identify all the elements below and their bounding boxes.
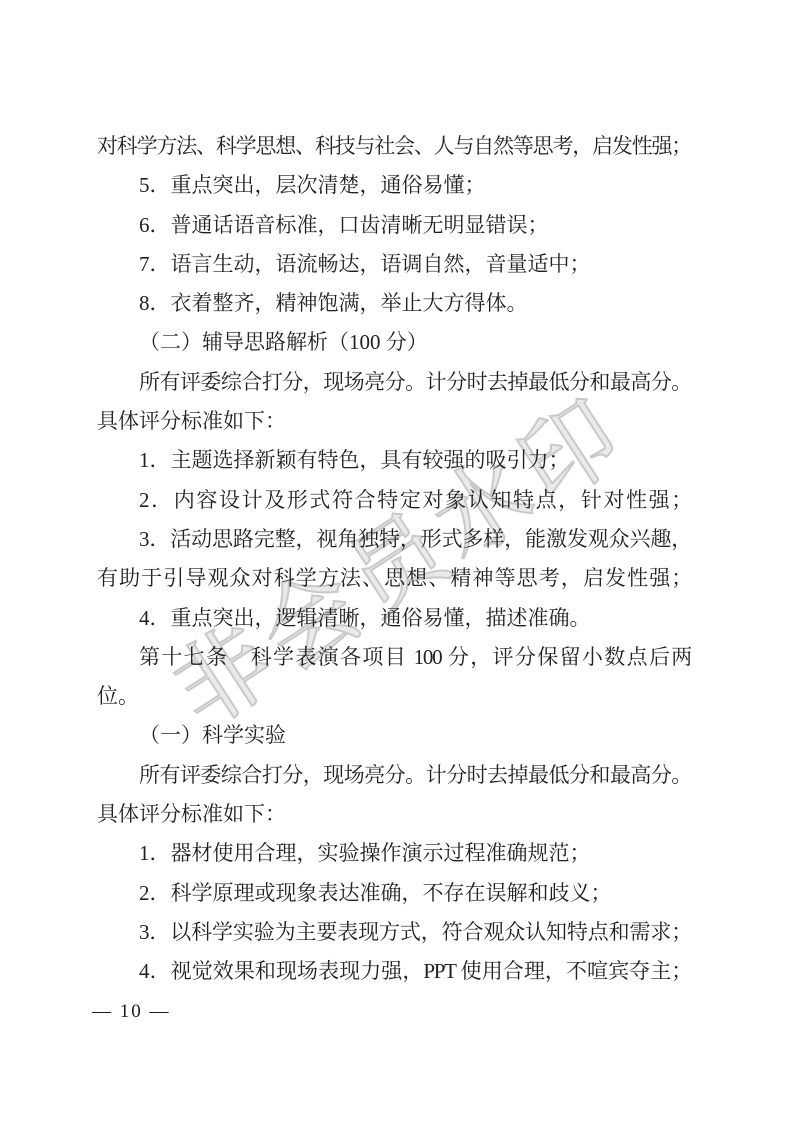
document-line: 4．重点突出，逻辑清晰，通俗易懂，描述准确。	[97, 599, 691, 638]
document-line: 5．重点突出，层次清楚，通俗易懂；	[97, 166, 691, 205]
document-line: 具体评分标准如下：	[97, 402, 691, 441]
document-line: 4．视觉效果和现场表现力强，PPT 使用合理，不喧宾夺主；	[97, 952, 691, 991]
document-line: 1．器材使用合理，实验操作演示过程准确规范；	[97, 834, 691, 873]
document-line: 3．活动思路完整，视角独特，形式多样，能激发观众兴趣，	[97, 520, 691, 559]
document-line: 第十七条 科学表演各项目 100 分，评分保留小数点后两	[97, 638, 691, 677]
document-line: 具体评分标准如下：	[97, 795, 691, 834]
document-line: 有助于引导观众对科学方法、思想、精神等思考，启发性强；	[97, 559, 691, 598]
document-line: 6．普通话语音标准，口齿清晰无明显错误；	[97, 206, 691, 245]
document-line: （一）科学实验	[97, 716, 691, 755]
document-line: 1．主题选择新颖有特色，具有较强的吸引力；	[97, 441, 691, 480]
document-line: 2．科学原理或现象表达准确，不存在误解和歧义；	[97, 874, 691, 913]
document-line: 对科学方法、科学思想、科技与社会、人与自然等思考，启发性强；	[97, 127, 691, 166]
document-line: 2．内容设计及形式符合特定对象认知特点，针对性强；	[97, 481, 691, 520]
document-line: 位。	[97, 677, 691, 716]
document-line: （二）辅导思路解析（100 分）	[97, 323, 691, 362]
document-body: 对科学方法、科学思想、科技与社会、人与自然等思考，启发性强；5．重点突出，层次清…	[97, 127, 691, 992]
document-line: 所有评委综合打分，现场亮分。计分时去掉最低分和最高分。	[97, 756, 691, 795]
page-number: — 10 —	[92, 1000, 171, 1024]
document-page: 非会员水印 对科学方法、科学思想、科技与社会、人与自然等思考，启发性强；5．重点…	[0, 0, 793, 1122]
document-line: 7．语言生动，语流畅达，语调自然，音量适中；	[97, 245, 691, 284]
document-line: 所有评委综合打分，现场亮分。计分时去掉最低分和最高分。	[97, 363, 691, 402]
document-line: 3．以科学实验为主要表现方式，符合观众认知特点和需求；	[97, 913, 691, 952]
document-line: 8．衣着整齐，精神饱满，举止大方得体。	[97, 284, 691, 323]
